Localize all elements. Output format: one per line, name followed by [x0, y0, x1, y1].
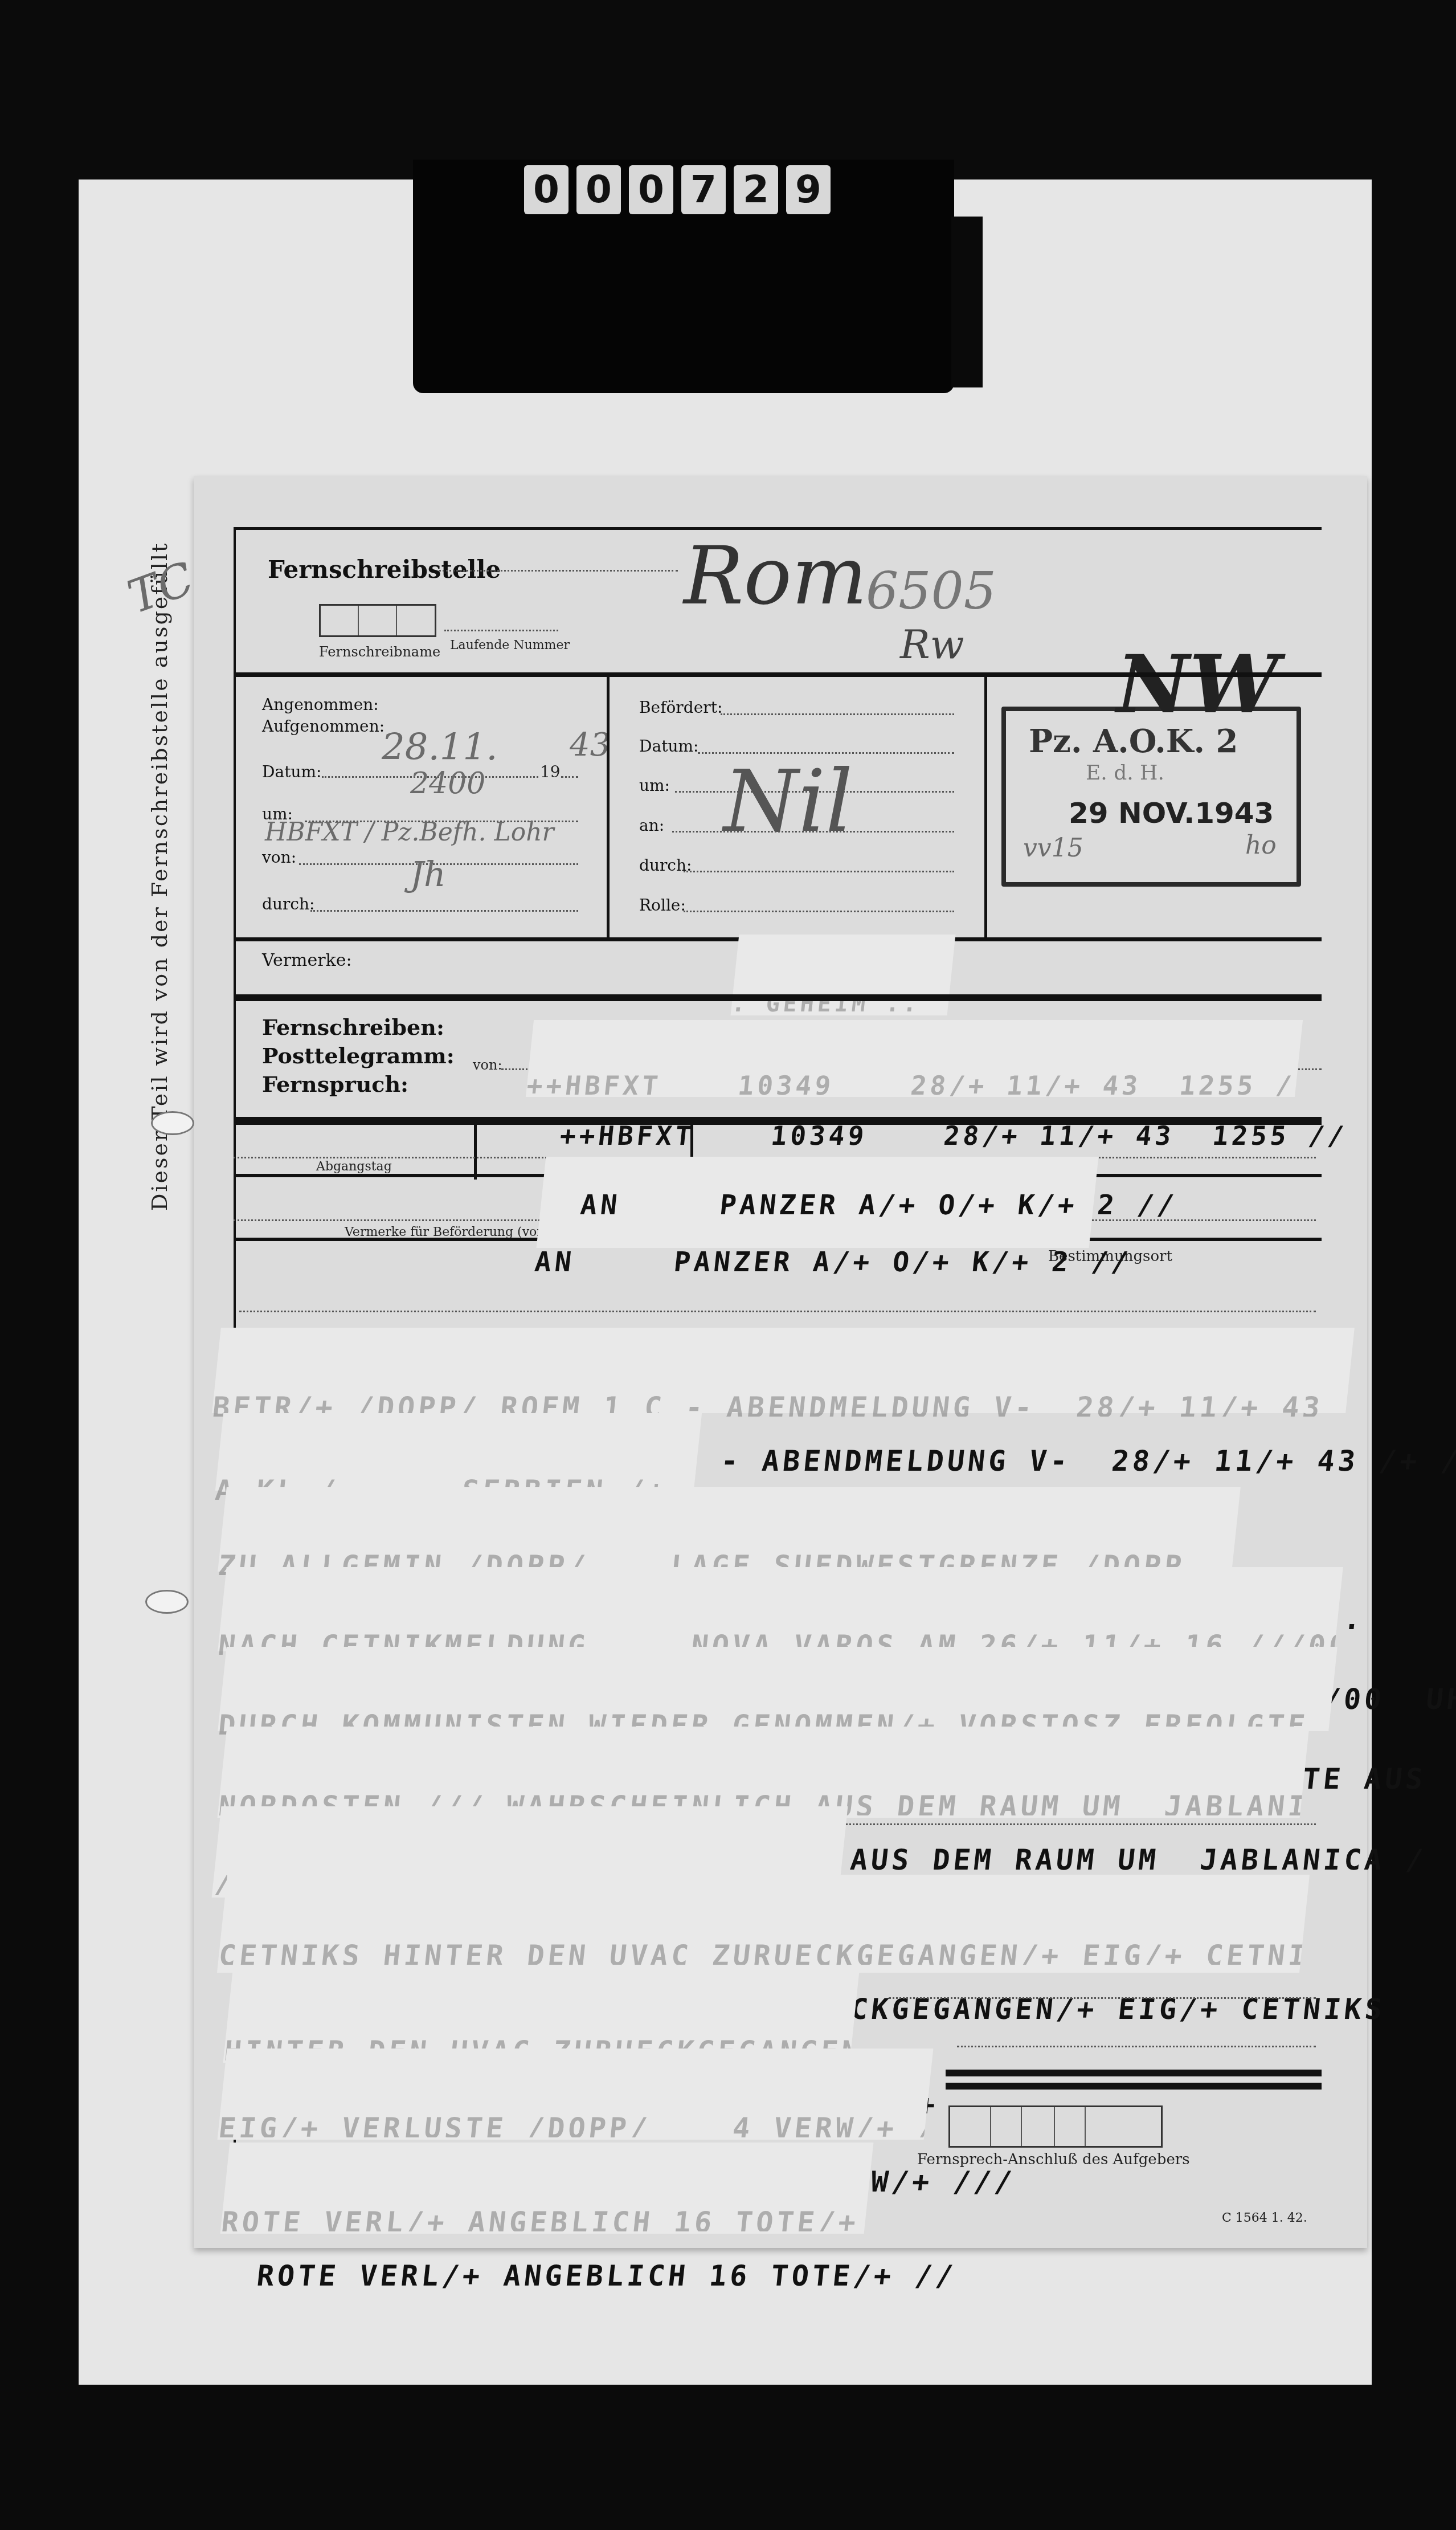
fernsprech-boxes[interactable] — [948, 2105, 1163, 2148]
rule — [984, 672, 1322, 677]
datum-value: 28.11. — [382, 727, 498, 769]
befoerdert-field[interactable] — [721, 713, 954, 715]
address-tape: AN PANZER A/+ O/+ K/+ 2 // AN PANZER A/+… — [537, 1157, 1099, 1248]
angenommen-label: Angenommen: — [262, 695, 379, 714]
fwd-rolle-field[interactable] — [684, 911, 954, 912]
fwd-datum-label: Datum: — [639, 737, 698, 756]
vermerke-tape: . GEHEIM .. . GEHEIM .. — [731, 935, 956, 1015]
tape-ghost-line: ++HBFXT 10349 28/+ 11/+ 43 1255 // — [526, 1072, 1297, 1096]
stamp-initials: ho — [1245, 831, 1277, 860]
message-tape: ZU ALLGEMIN /DOPP/ .. LAGE SUEDWESTGRENZ… — [218, 1487, 1241, 1572]
address-text: AN PANZER A/+ O/+ K/+ 2 // — [579, 1189, 1179, 1221]
rule — [234, 994, 1322, 1001]
tape-ghost-line: CETNIKS HINTER DEN UVAC ZURUECKGEGANGEN/… — [218, 1941, 1302, 1965]
aufgenommen-label: Aufgenommen: — [262, 717, 385, 736]
durch-label: durch: — [262, 895, 315, 913]
fernschreibname-boxes[interactable] — [319, 604, 436, 637]
year-prefix: 19 — [540, 762, 561, 781]
year-field[interactable] — [561, 776, 578, 778]
frame-counter: 0 0 0 7 2 9 — [524, 165, 831, 214]
handwritten-number: 6505 — [866, 561, 996, 621]
fernschreiben-label: Fernschreiben: — [262, 1014, 444, 1040]
message-tape: EIG/+ VERLUSTE /DOPP/ 4 VERW/+ /// EIG/+… — [218, 2049, 934, 2140]
handwritten-initials: Rw — [900, 621, 964, 668]
fwd-an-label: an: — [639, 816, 664, 835]
transmission-tape: ++HBFXT 10349 28/+ 11/+ 43 1255 // ++HBF… — [526, 1020, 1303, 1097]
double-rule — [946, 2070, 1322, 2076]
message-tape: NACH CETNIKMELDUNG NOVA VAROS AM 26/+ 11… — [218, 1567, 1343, 1651]
von-label: von: — [473, 1057, 502, 1073]
vermerke-label: Vermerke: — [262, 950, 352, 970]
fernspruch-label: Fernspruch: — [262, 1071, 408, 1097]
message-rule — [957, 2046, 1316, 2047]
double-rule — [946, 2083, 1322, 2090]
message-tape: ROTE VERL/+ ANGEBLICH 16 TOTE/+ // ROTE … — [220, 2143, 874, 2234]
punch-hole — [151, 1111, 194, 1135]
message-tape: NORDOSTEN /// WAHRSCHEINLICH AUS DEM RAU… — [218, 1727, 1310, 1818]
counter-digit: 0 — [524, 165, 569, 214]
von-value: HBFXT / Pz.Befh. Lohr — [265, 818, 554, 847]
tape-ghost-line: EIG/+ VERLUSTE /DOPP/ 4 VERW/+ /// — [218, 2113, 926, 2137]
von-label: von: — [262, 848, 296, 867]
title-field[interactable] — [439, 570, 678, 572]
stamp-handwritten: vv15 — [1023, 834, 1083, 863]
clip-tab — [951, 217, 983, 387]
column-divider — [474, 1123, 477, 1180]
form-number: C 1564 1. 42. — [1222, 2211, 1307, 2225]
counter-digit: 2 — [734, 165, 778, 214]
message-tape: CETNIKS HINTER DEN UVAC ZURUECKGEGANGEN/… — [217, 1875, 1310, 1973]
stamp-date: 29 NOV.1943 — [1069, 797, 1274, 830]
rule — [234, 1117, 1322, 1125]
transmission-header-text: ++HBFXT 10349 28/+ 11/+ 43 1255 // — [558, 1120, 1348, 1151]
message-tape: A KL / .. SERBIEN /+ .. A KL / .. SERBIE… — [215, 1413, 702, 1491]
address-text-echo: AN PANZER A/+ O/+ K/+ 2 // — [533, 1248, 1089, 1276]
stamp-subunit: E. d. H. — [1086, 761, 1164, 785]
fwd-um-label: um: — [639, 776, 670, 795]
fernschreibname-label: Fernschreibname — [319, 644, 440, 660]
message-tape: DURCH KOMMUNISTEN WIEDER GENOMMEN/+ VORS… — [218, 1647, 1338, 1731]
tape-ghost-line: ROTE VERL/+ ANGEBLICH 16 TOTE/+ // — [220, 2207, 866, 2231]
durch-value: Jh — [410, 855, 446, 895]
fwd-durch-field[interactable] — [684, 871, 954, 872]
column-divider — [607, 675, 610, 940]
year-value: 43 — [570, 727, 610, 764]
message-rule — [889, 1997, 1316, 1999]
message-rule — [239, 1311, 1316, 1312]
counter-digit: 9 — [786, 165, 831, 214]
posttelegramm-label: Posttelegramm: — [262, 1043, 455, 1068]
counter-digit: 0 — [629, 165, 673, 214]
column-divider — [984, 675, 987, 940]
um-value: 2400 — [410, 766, 485, 801]
laufende-nummer-label: Laufende Nummer — [450, 638, 570, 652]
receipt-stamp: Pz. A.O.K. 2 E. d. H. 29 NOV.1943 vv15 h… — [1001, 707, 1301, 887]
durch-field[interactable] — [310, 910, 578, 912]
datum-label: Datum: — [262, 762, 321, 781]
forwarded-signature: Nil — [723, 752, 853, 851]
vertical-note: Dieser Teil wird von der Fernschreibstel… — [147, 527, 181, 1211]
punch-hole — [145, 1590, 189, 1614]
counter-digit: 0 — [576, 165, 621, 214]
message-tape: BETR/+ /DOPP/ ROEM 1 C - ABENDMELDUNG V-… — [212, 1328, 1355, 1413]
abgangstag-label: Abgangstag — [316, 1160, 392, 1174]
stamp-overwrite: NW — [1116, 638, 1279, 732]
fwd-rolle-label: Rolle: — [639, 896, 686, 915]
counter-digit: 7 — [681, 165, 726, 214]
laufende-nummer-field[interactable] — [444, 630, 558, 631]
handwritten-office: Rom — [684, 530, 867, 623]
befoerdert-label: Befördert: — [639, 698, 722, 717]
fernsprech-label: Fernsprech-Anschluß des Aufgebers — [917, 2151, 1190, 2168]
message-line: ROTE VERL/+ ANGEBLICH 16 TOTE/+ // — [255, 2259, 958, 2292]
